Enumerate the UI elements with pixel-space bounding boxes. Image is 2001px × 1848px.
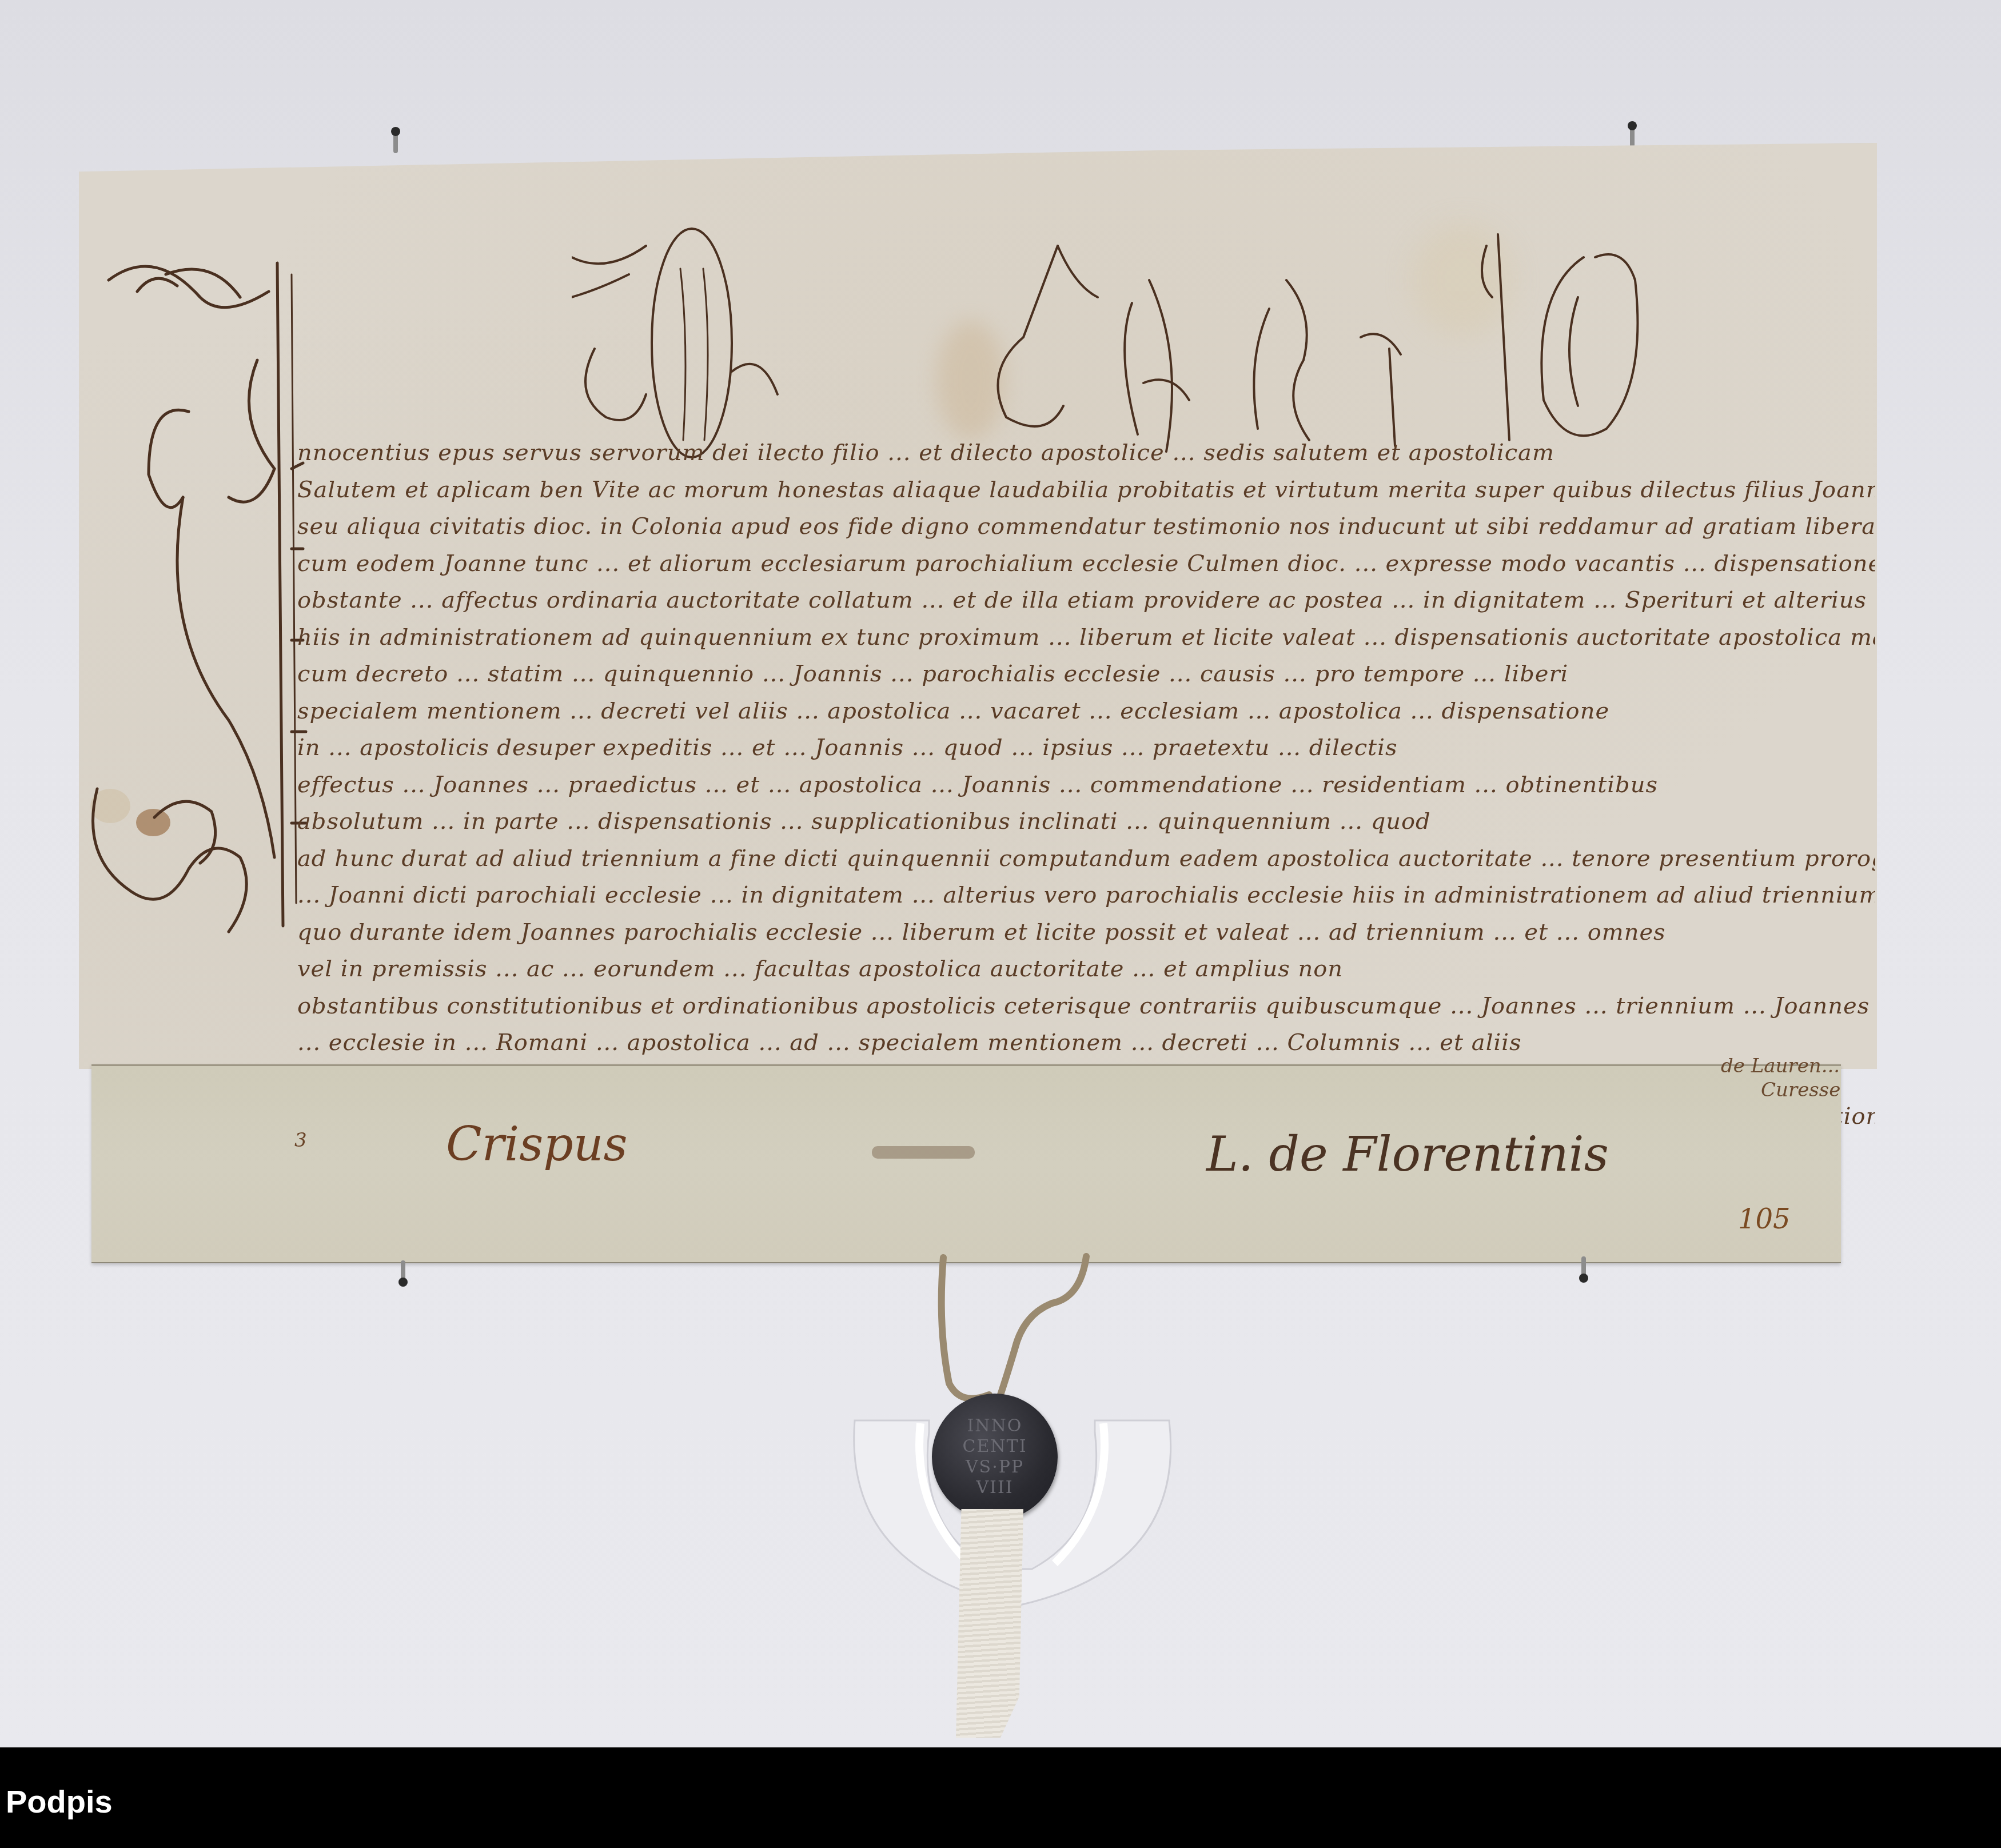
text-line: obstante ... affectus ordinaria auctorit… — [297, 582, 1875, 619]
text-line: nnocentius epus servus servorum dei ilec… — [297, 434, 1875, 472]
text-line: ... Joanni dicti parochiali ecclesie ...… — [297, 877, 1875, 914]
text-line: ad hunc durat ad aliud triennium a fine … — [297, 840, 1875, 877]
plica-number-left: 3 — [294, 1129, 307, 1152]
scribe-signature: Crispus — [446, 1117, 628, 1172]
cord-slot — [872, 1146, 975, 1159]
text-line: quo durante idem Joannes parochialis ecc… — [297, 914, 1875, 951]
bull-text: nnocentius epus servus servorum dei ilec… — [297, 434, 1875, 1172]
text-line: in ... apostolicis desuper expeditis ...… — [297, 729, 1875, 767]
top-right-note-line1: de Lauren... — [1721, 1055, 1840, 1077]
text-line: cum decreto ... statim ... quinquennio .… — [297, 656, 1875, 693]
top-right-note-line2: Curesse — [1761, 1079, 1840, 1101]
text-line: absolutum ... in parte ... dispensationi… — [297, 803, 1875, 840]
text-line: ... ecclesie in ... Romani ... apostolic… — [297, 1024, 1875, 1061]
caption-label: Podpis — [6, 1783, 113, 1820]
document-photo: nnocentius epus servus servorum dei ilec… — [0, 0, 2001, 1747]
text-line: effectus ... Joannes ... praedictus ... … — [297, 767, 1875, 804]
top-left-pin — [393, 130, 398, 153]
plica-fold: 3 Crispus L. de Florentinis de Lauren...… — [91, 1064, 1841, 1263]
elongated-letters-ocentius — [572, 211, 1772, 463]
text-line: seu aliqua civitatis dioc. in Colonia ap… — [297, 508, 1875, 545]
lead-seal: INNO CENTI VS·PP VIII — [932, 1394, 1058, 1520]
registry-number: 105 — [1738, 1203, 1791, 1235]
seal-inscription-line: VS·PP — [966, 1457, 1024, 1478]
text-line: obstantibus constitutionibus et ordinati… — [297, 988, 1875, 1025]
text-line: Salutem et aplicam ben Vite ac morum hon… — [297, 472, 1875, 509]
ornate-initial-I — [86, 229, 326, 949]
text-line: vel in premissis ... ac ... eorundem ...… — [297, 951, 1875, 988]
text-line: hiis in administrationem ad quinquennium… — [297, 619, 1875, 656]
seal-inscription-line: CENTI — [963, 1436, 1027, 1457]
text-line: cum eodem Joanne tunc ... et aliorum ecc… — [297, 545, 1875, 582]
seal-inscription-line: INNO — [967, 1416, 1023, 1436]
seal-inscription-line: VIII — [976, 1478, 1013, 1498]
seal-ribbon — [956, 1509, 1023, 1738]
bottom-right-pin — [1581, 1256, 1586, 1279]
text-line: specialem mentionem ... decreti vel alii… — [297, 693, 1875, 730]
chancery-note: L. de Florentinis — [1206, 1126, 1609, 1182]
caption-bar: Podpis — [0, 1747, 2001, 1848]
bottom-left-pin — [401, 1260, 405, 1283]
top-right-pin — [1630, 125, 1635, 147]
